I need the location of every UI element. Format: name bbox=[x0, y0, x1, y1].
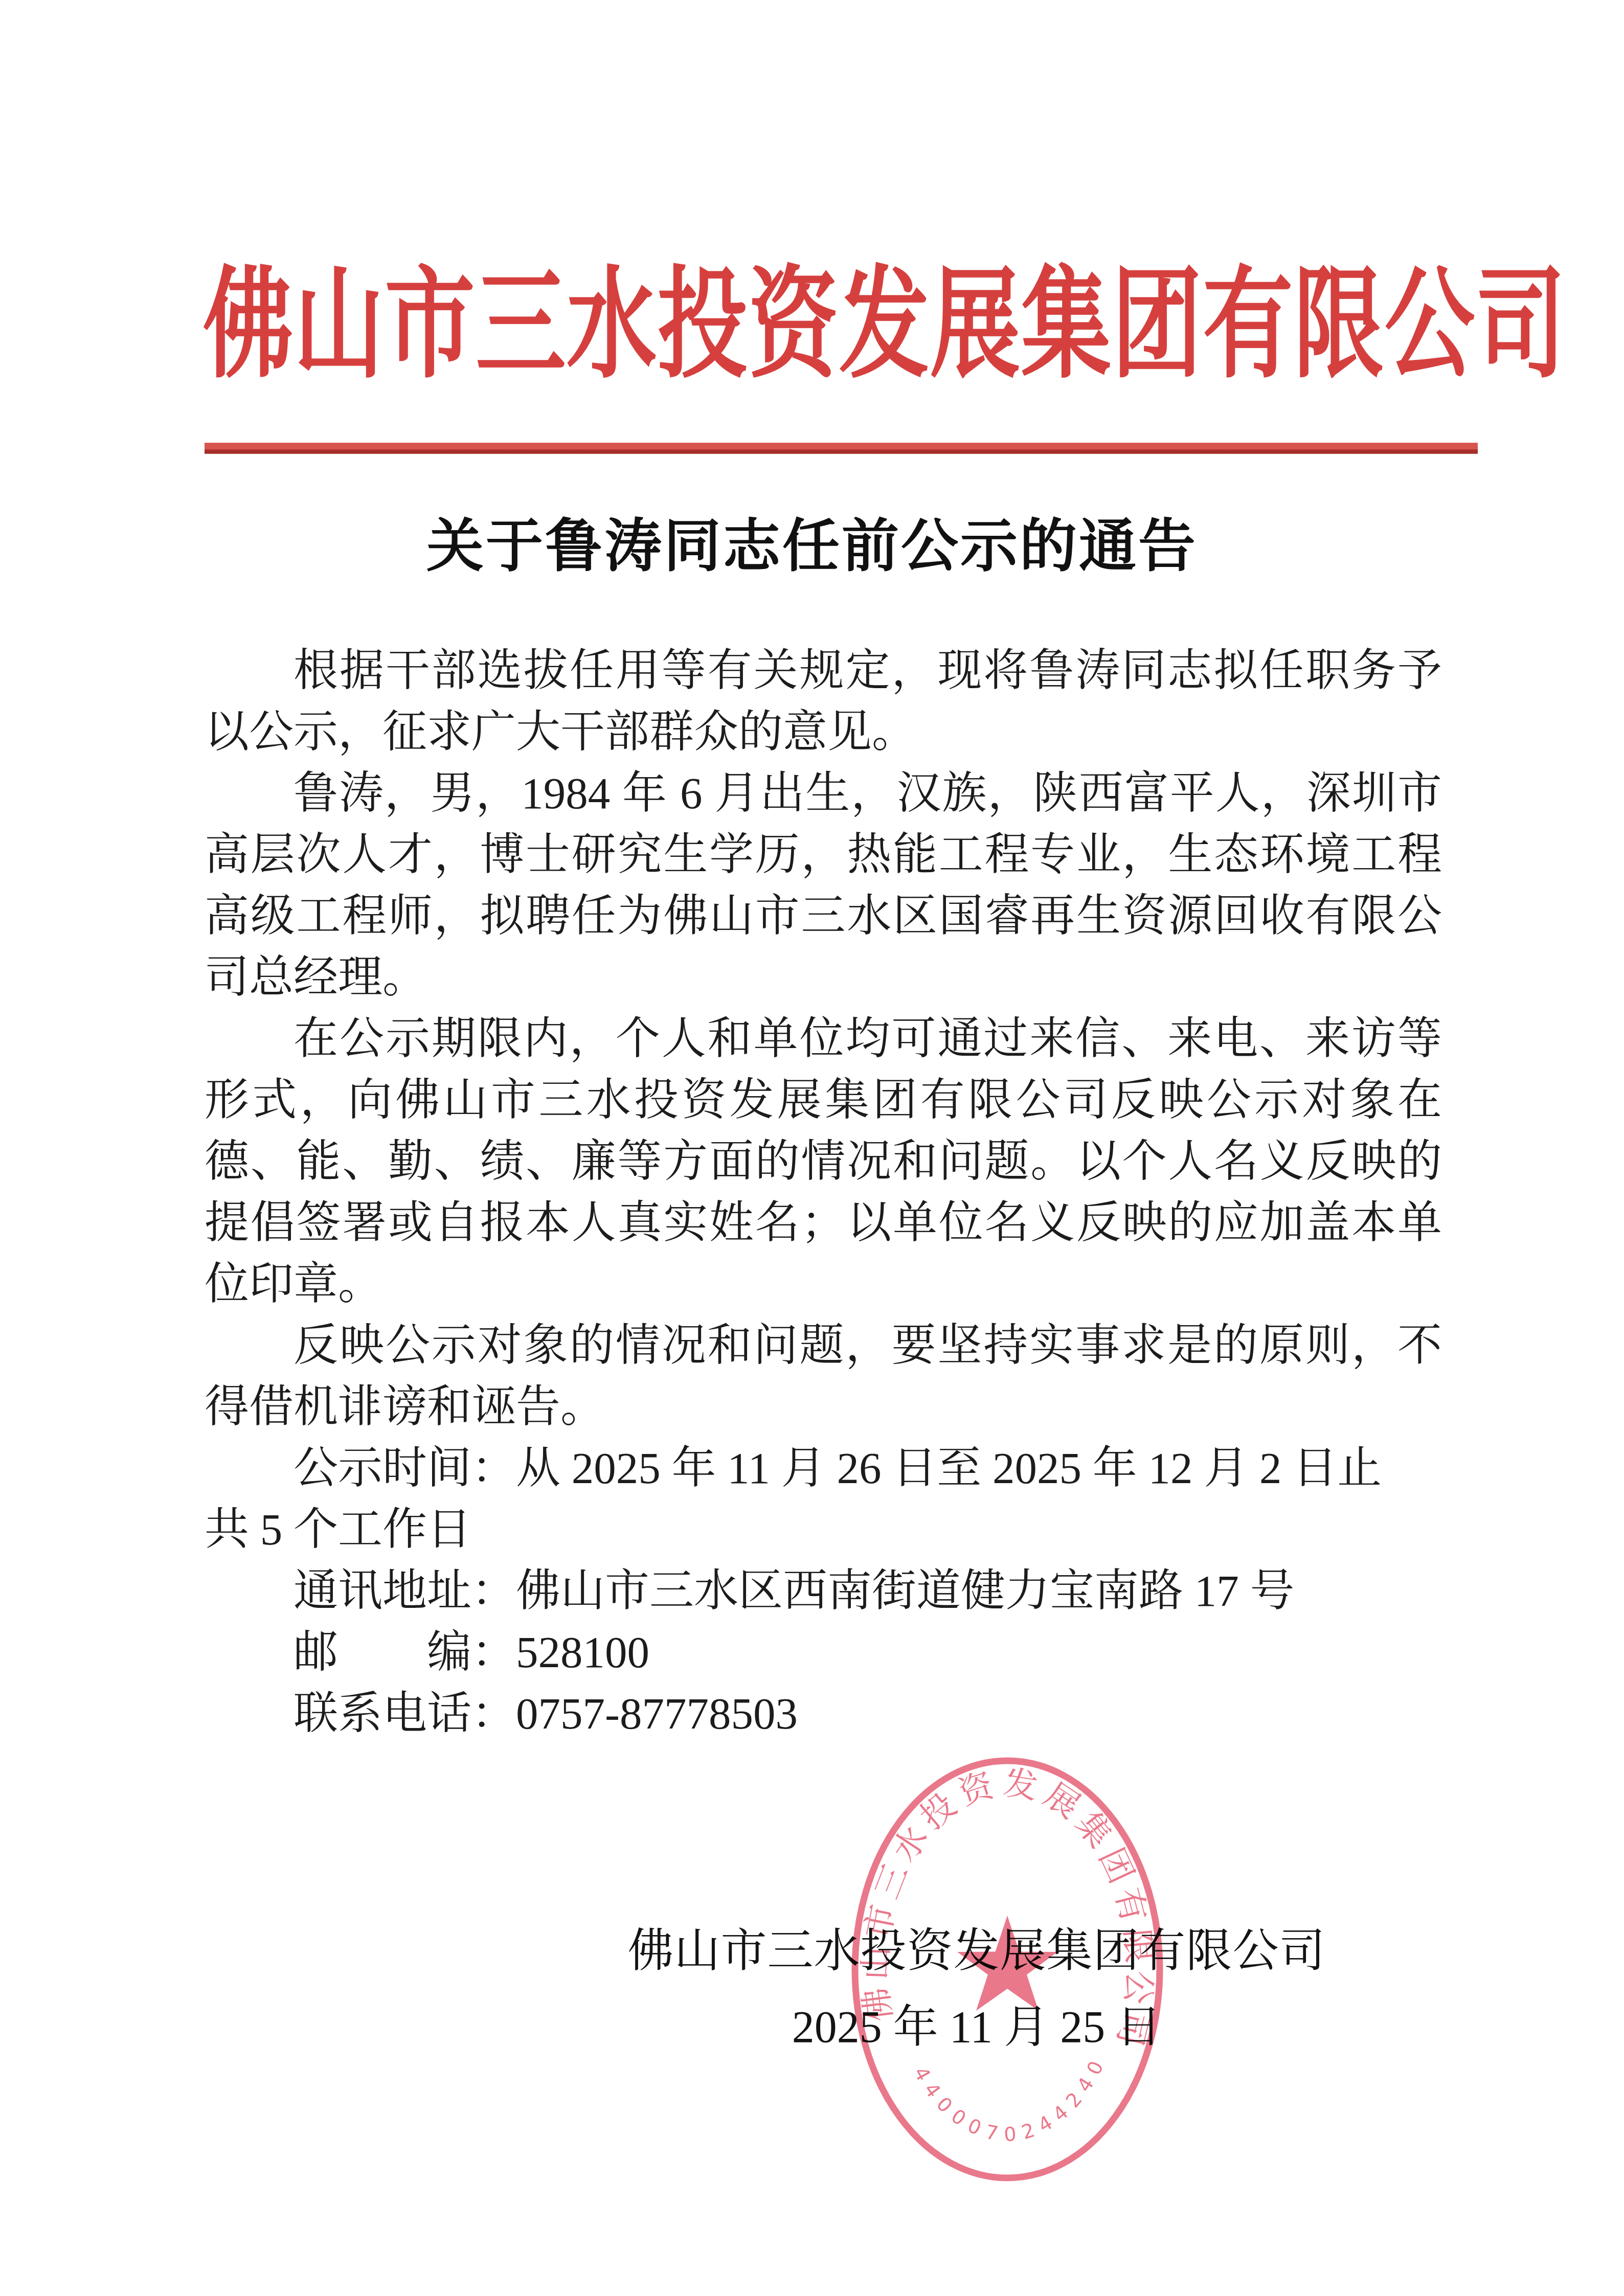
paragraph-feedback: 在公示期限内，个人和单位均可通过来信、来电、来访等形式，向佛山市三水投资发展集团… bbox=[205, 1008, 1442, 1315]
signature-company-name: 佛山市三水投资发展集团有限公司 bbox=[614, 1922, 1340, 1981]
letterhead-company-name: 佛山市三水投资发展集团有限公司 bbox=[203, 252, 1421, 400]
paragraph-intro: 根据干部选拔任用等有关规定，现将鲁涛同志拟任职务予以公示，征求广大干部群众的意见… bbox=[205, 640, 1442, 763]
paragraph-bio: 鲁涛，男，1984 年 6 月出生，汉族，陕西富平人，深圳市高层次人才，博士研究… bbox=[205, 763, 1442, 1008]
signature-block: 佛山市三水投资发展集团有限公司 2025 年 11 月 25 日 bbox=[614, 1922, 1340, 2056]
document-page: 佛山市三水投资发展集团有限公司 关于鲁涛同志任前公示的通告 根据干部选拔任用等有… bbox=[0, 0, 1624, 2296]
document-title: 关于鲁涛同志任前公示的通告 bbox=[0, 515, 1624, 579]
paragraph-phone: 联系电话：0757-87778503 bbox=[205, 1683, 1442, 1744]
paragraph-principle: 反映公示对象的情况和问题，要坚持实事求是的原则，不得借机诽谤和诬告。 bbox=[205, 1315, 1442, 1438]
signature-date: 2025 年 11 月 25 日 bbox=[614, 1999, 1340, 2056]
seal-number: 4400070244240 bbox=[909, 2054, 1109, 2146]
seal-number-holder: 4400070244240 bbox=[909, 2054, 1109, 2146]
paragraph-address: 通讯地址：佛山市三水区西南街道健力宝南路 17 号 bbox=[205, 1560, 1442, 1622]
paragraph-postcode: 邮 编：528100 bbox=[205, 1622, 1442, 1683]
paragraph-period-days: 共 5 个工作日 bbox=[205, 1499, 1442, 1560]
paragraph-period: 公示时间：从 2025 年 11 月 26 日至 2025 年 12 月 2 日… bbox=[205, 1438, 1442, 1499]
letterhead-red-rule bbox=[205, 443, 1478, 454]
document-body: 根据干部选拔任用等有关规定，现将鲁涛同志拟任职务予以公示，征求广大干部群众的意见… bbox=[205, 640, 1442, 1744]
